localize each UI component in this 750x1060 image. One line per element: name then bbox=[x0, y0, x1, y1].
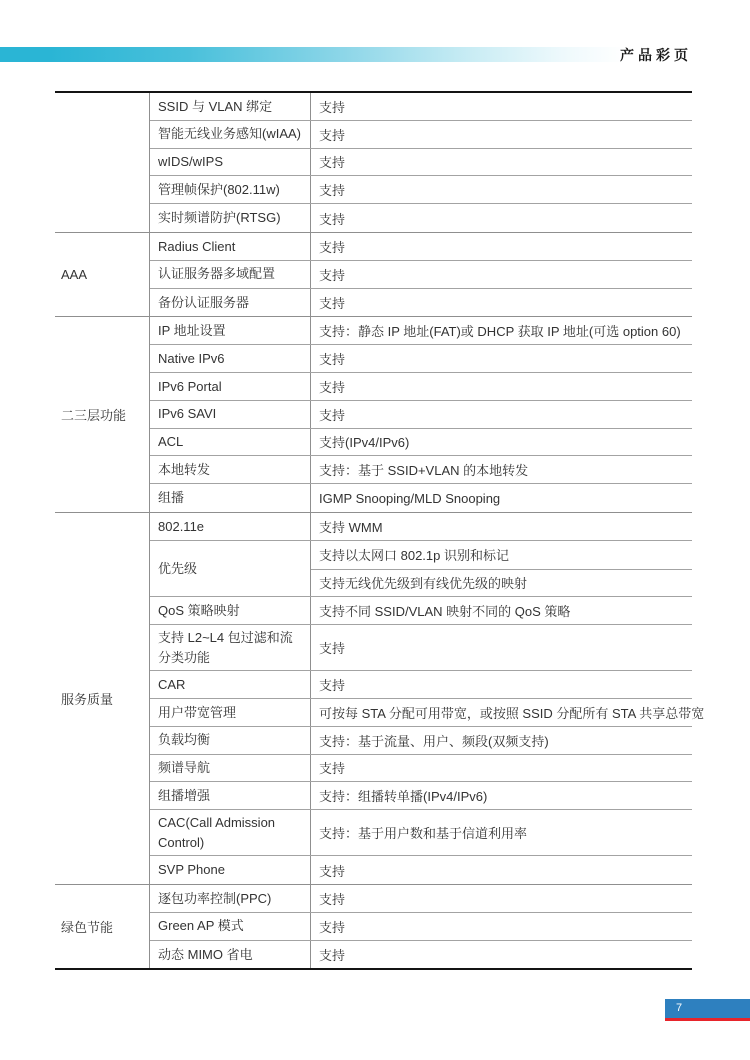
table-row: IPv6 SAVI支持 bbox=[150, 401, 692, 429]
value-cell: 支持：基于用户数和基于信道利用率 bbox=[311, 810, 692, 855]
category-cell bbox=[55, 93, 150, 232]
table-row: QoS 策略映射支持不同 SSID/VLAN 映射不同的 QoS 策略 bbox=[150, 597, 692, 625]
feature-cell: 本地转发 bbox=[150, 456, 311, 483]
spec-section: AAARadius Client支持认证服务器多域配置支持备份认证服务器支持 bbox=[55, 232, 692, 316]
value-cell: 支持 bbox=[311, 856, 692, 884]
value-subcolumn: 支持以太网口 802.1p 识别和标记支持无线优先级到有线优先级的映射 bbox=[311, 541, 692, 597]
category-cell: 二三层功能 bbox=[55, 317, 150, 512]
table-row: IPv6 Portal支持 bbox=[150, 373, 692, 401]
table-row: 支持 L2~L4 包过滤和流分类功能支持 bbox=[150, 625, 692, 671]
page-number-underline bbox=[665, 1018, 750, 1021]
feature-cell: QoS 策略映射 bbox=[150, 597, 311, 624]
feature-cell: 优先级 bbox=[150, 541, 311, 597]
value-cell: 支持 bbox=[311, 941, 692, 969]
table-row: wIDS/wIPS支持 bbox=[150, 149, 692, 177]
table-row: SVP Phone支持 bbox=[150, 856, 692, 884]
value-cell: 支持 bbox=[311, 671, 692, 698]
feature-cell: 组播 bbox=[150, 484, 311, 512]
value-cell: 支持 bbox=[311, 176, 692, 203]
value-cell: 支持 bbox=[311, 373, 692, 400]
table-row: 频谱导航支持 bbox=[150, 755, 692, 783]
value-cell: 支持 WMM bbox=[311, 513, 692, 540]
feature-cell: Native IPv6 bbox=[150, 345, 311, 372]
section-rows: IP 地址设置支持：静态 IP 地址(FAT)或 DHCP 获取 IP 地址(可… bbox=[150, 317, 692, 512]
value-cell: 支持不同 SSID/VLAN 映射不同的 QoS 策略 bbox=[311, 597, 692, 624]
section-rows: Radius Client支持认证服务器多域配置支持备份认证服务器支持 bbox=[150, 233, 692, 316]
feature-cell: 动态 MIMO 省电 bbox=[150, 941, 311, 969]
feature-cell: Radius Client bbox=[150, 233, 311, 260]
feature-cell: IP 地址设置 bbox=[150, 317, 311, 344]
feature-cell: 负载均衡 bbox=[150, 727, 311, 754]
table-row: CAC(Call Admission Control)支持：基于用户数和基于信道… bbox=[150, 810, 692, 856]
table-row: ACL支持(IPv4/IPv6) bbox=[150, 429, 692, 457]
table-row: 组播IGMP Snooping/MLD Snooping bbox=[150, 484, 692, 512]
category-cell: 绿色节能 bbox=[55, 885, 150, 968]
table-row: Radius Client支持 bbox=[150, 233, 692, 261]
spec-table: SSID 与 VLAN 绑定支持智能无线业务感知(wIAA)支持wIDS/wIP… bbox=[55, 91, 692, 970]
value-cell: 支持无线优先级到有线优先级的映射 bbox=[311, 569, 692, 597]
table-row: 认证服务器多域配置支持 bbox=[150, 261, 692, 289]
value-cell: 支持：组播转单播(IPv4/IPv6) bbox=[311, 782, 692, 809]
feature-cell: ACL bbox=[150, 429, 311, 456]
feature-cell: 认证服务器多域配置 bbox=[150, 261, 311, 288]
feature-cell: 逐包功率控制(PPC) bbox=[150, 885, 311, 912]
spec-section: 服务质量802.11e支持 WMM优先级支持以太网口 802.1p 识别和标记支… bbox=[55, 512, 692, 884]
table-row: CAR支持 bbox=[150, 671, 692, 699]
feature-cell: 组播增强 bbox=[150, 782, 311, 809]
table-row: 优先级支持以太网口 802.1p 识别和标记支持无线优先级到有线优先级的映射 bbox=[150, 541, 692, 598]
value-cell: 支持 bbox=[311, 913, 692, 940]
feature-cell: 频谱导航 bbox=[150, 755, 311, 782]
feature-cell: 支持 L2~L4 包过滤和流分类功能 bbox=[150, 625, 311, 670]
feature-cell: wIDS/wIPS bbox=[150, 149, 311, 176]
section-rows: 802.11e支持 WMM优先级支持以太网口 802.1p 识别和标记支持无线优… bbox=[150, 513, 692, 884]
page-number-badge: 7 bbox=[665, 999, 750, 1018]
value-cell: 支持 bbox=[311, 204, 692, 232]
table-row: 实时频谱防护(RTSG)支持 bbox=[150, 204, 692, 232]
feature-cell: Green AP 模式 bbox=[150, 913, 311, 940]
table-row: Green AP 模式支持 bbox=[150, 913, 692, 941]
value-cell: 支持 bbox=[311, 289, 692, 317]
value-cell: 支持：静态 IP 地址(FAT)或 DHCP 获取 IP 地址(可选 optio… bbox=[311, 317, 692, 344]
value-cell: 支持 bbox=[311, 885, 692, 912]
table-row: 组播增强支持：组播转单播(IPv4/IPv6) bbox=[150, 782, 692, 810]
table-row: 智能无线业务感知(wIAA)支持 bbox=[150, 121, 692, 149]
table-row: Native IPv6支持 bbox=[150, 345, 692, 373]
value-cell: 支持(IPv4/IPv6) bbox=[311, 429, 692, 456]
spec-section: 二三层功能IP 地址设置支持：静态 IP 地址(FAT)或 DHCP 获取 IP… bbox=[55, 316, 692, 512]
value-cell: 支持以太网口 802.1p 识别和标记 bbox=[311, 541, 692, 569]
value-cell: 支持 bbox=[311, 625, 692, 670]
section-rows: 逐包功率控制(PPC)支持Green AP 模式支持动态 MIMO 省电支持 bbox=[150, 885, 692, 968]
feature-cell: 管理帧保护(802.11w) bbox=[150, 176, 311, 203]
value-cell: 支持 bbox=[311, 261, 692, 288]
feature-cell: 备份认证服务器 bbox=[150, 289, 311, 317]
feature-cell: CAR bbox=[150, 671, 311, 698]
table-row: 备份认证服务器支持 bbox=[150, 289, 692, 317]
value-cell: 支持 bbox=[311, 93, 692, 120]
table-row: SSID 与 VLAN 绑定支持 bbox=[150, 93, 692, 121]
feature-cell: 用户带宽管理 bbox=[150, 699, 311, 726]
feature-cell: SSID 与 VLAN 绑定 bbox=[150, 93, 311, 120]
table-row: IP 地址设置支持：静态 IP 地址(FAT)或 DHCP 获取 IP 地址(可… bbox=[150, 317, 692, 345]
feature-cell: 实时频谱防护(RTSG) bbox=[150, 204, 311, 232]
value-cell: 支持：基于 SSID+VLAN 的本地转发 bbox=[311, 456, 692, 483]
table-row: 逐包功率控制(PPC)支持 bbox=[150, 885, 692, 913]
feature-cell: SVP Phone bbox=[150, 856, 311, 884]
category-cell: AAA bbox=[55, 233, 150, 316]
spec-section: SSID 与 VLAN 绑定支持智能无线业务感知(wIAA)支持wIDS/wIP… bbox=[55, 93, 692, 232]
table-row: 管理帧保护(802.11w)支持 bbox=[150, 176, 692, 204]
value-cell: 支持 bbox=[311, 121, 692, 148]
value-cell: 支持 bbox=[311, 755, 692, 782]
feature-cell: 802.11e bbox=[150, 513, 311, 540]
feature-cell: 智能无线业务感知(wIAA) bbox=[150, 121, 311, 148]
table-row: 负载均衡支持：基于流量、用户、频段(双频支持) bbox=[150, 727, 692, 755]
table-row: 动态 MIMO 省电支持 bbox=[150, 941, 692, 969]
page-number: 7 bbox=[676, 1002, 682, 1014]
feature-cell: CAC(Call Admission Control) bbox=[150, 810, 311, 855]
value-cell: 支持 bbox=[311, 401, 692, 428]
spec-section: 绿色节能逐包功率控制(PPC)支持Green AP 模式支持动态 MIMO 省电… bbox=[55, 884, 692, 968]
value-cell: IGMP Snooping/MLD Snooping bbox=[311, 484, 692, 512]
category-cell: 服务质量 bbox=[55, 513, 150, 884]
value-cell: 支持：基于流量、用户、频段(双频支持) bbox=[311, 727, 692, 754]
value-cell: 可按每 STA 分配可用带宽，或按照 SSID 分配所有 STA 共享总带宽 bbox=[311, 699, 692, 726]
page-title: 产品彩页 bbox=[620, 47, 692, 63]
table-row: 本地转发支持：基于 SSID+VLAN 的本地转发 bbox=[150, 456, 692, 484]
value-cell: 支持 bbox=[311, 345, 692, 372]
feature-cell: IPv6 SAVI bbox=[150, 401, 311, 428]
table-row: 用户带宽管理可按每 STA 分配可用带宽，或按照 SSID 分配所有 STA 共… bbox=[150, 699, 692, 727]
feature-cell: IPv6 Portal bbox=[150, 373, 311, 400]
table-row: 802.11e支持 WMM bbox=[150, 513, 692, 541]
section-rows: SSID 与 VLAN 绑定支持智能无线业务感知(wIAA)支持wIDS/wIP… bbox=[150, 93, 692, 232]
value-cell: 支持 bbox=[311, 149, 692, 176]
header-gradient-bar bbox=[0, 47, 625, 62]
value-cell: 支持 bbox=[311, 233, 692, 260]
